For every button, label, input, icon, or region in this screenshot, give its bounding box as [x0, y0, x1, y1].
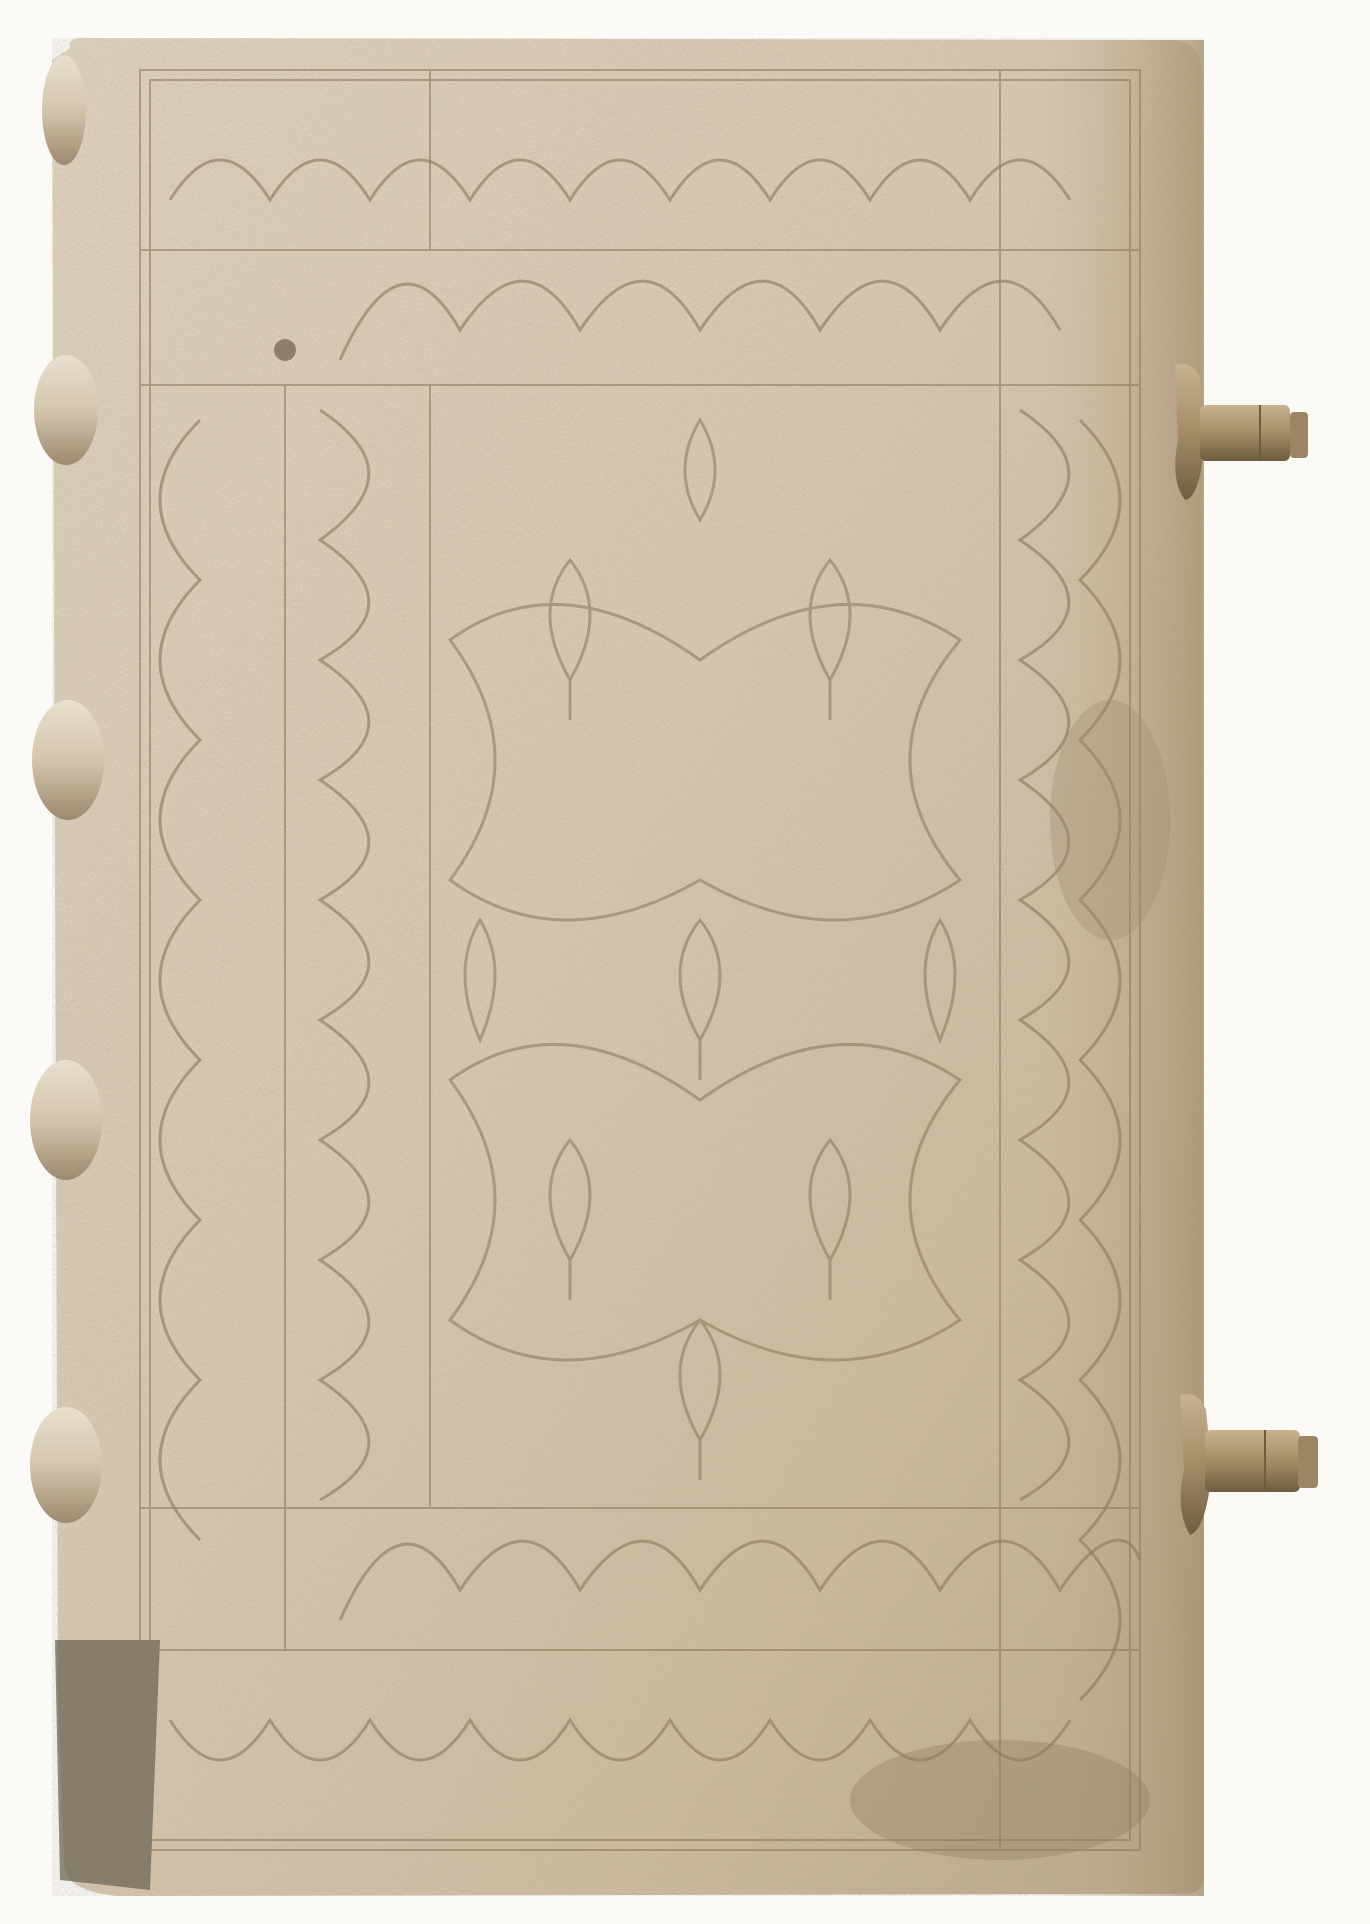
top-clasp	[1175, 364, 1308, 500]
book-cover-photo	[0, 0, 1370, 1924]
spine-stain	[55, 1640, 160, 1890]
bottom-clasp	[1180, 1394, 1318, 1535]
cover-body	[52, 38, 1204, 1896]
